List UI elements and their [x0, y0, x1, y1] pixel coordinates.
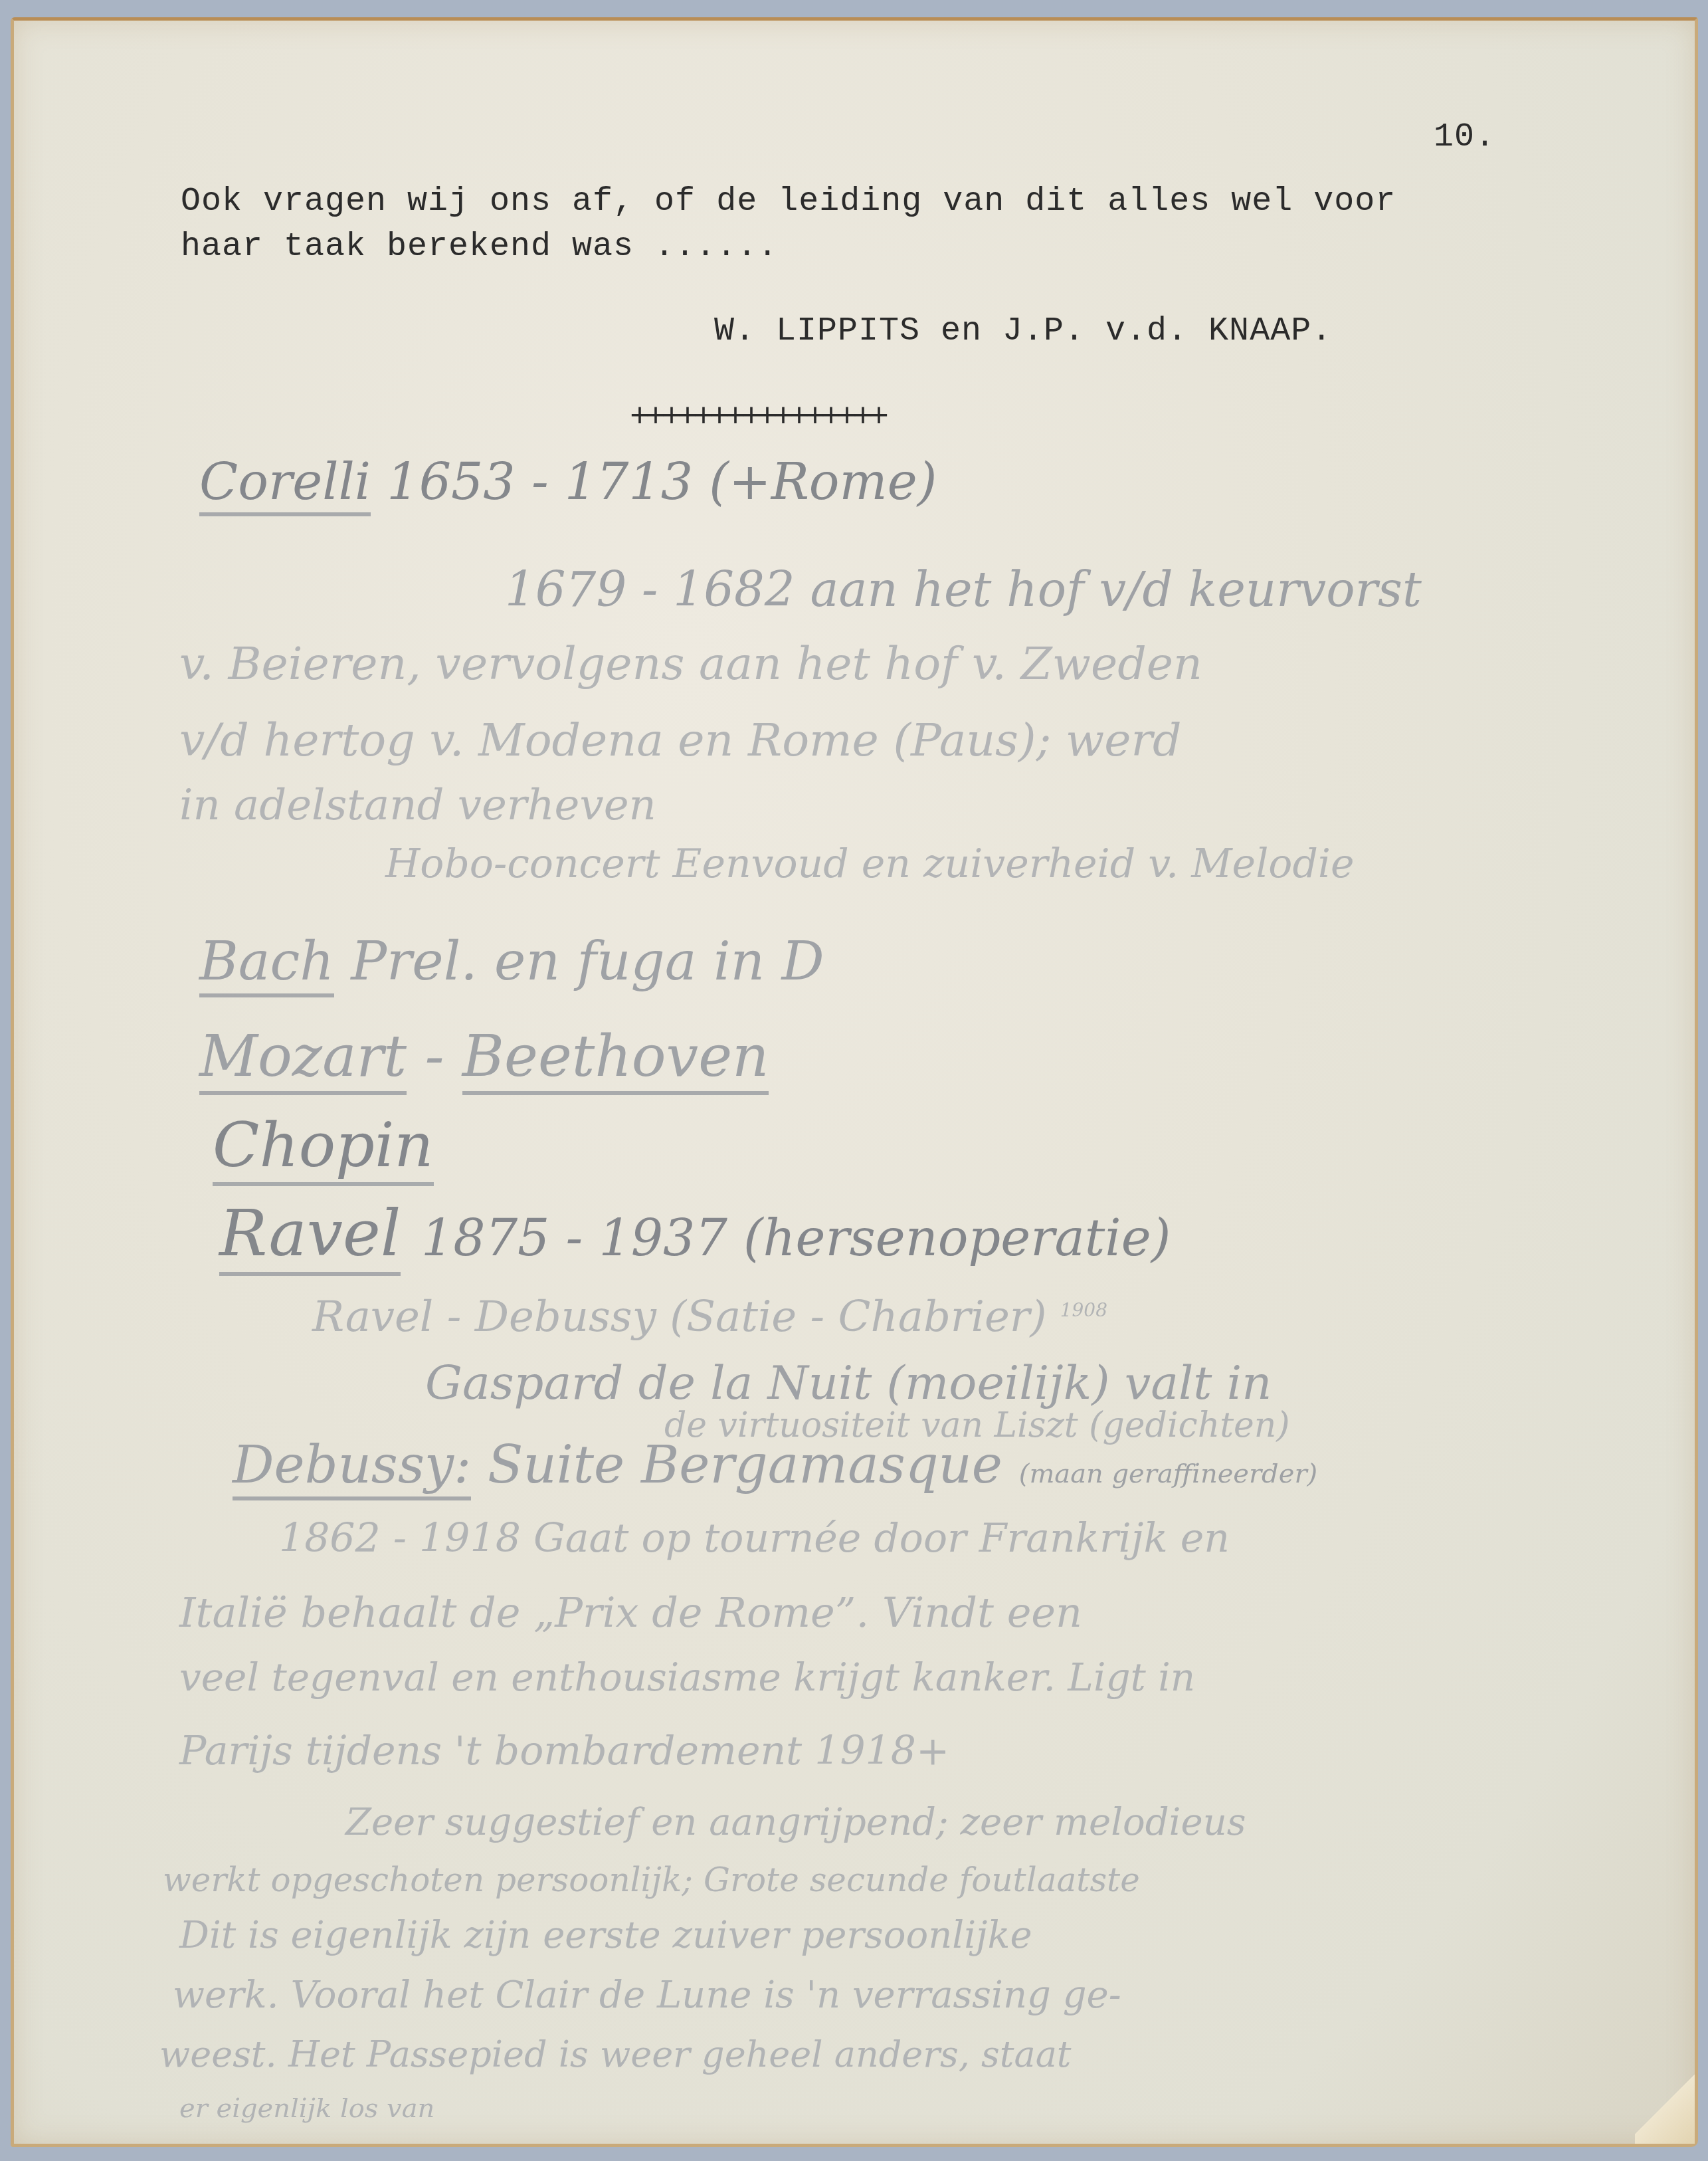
- note-ravel-dates: 1875 - 1937 (hersenoperatie): [421, 1208, 1171, 1267]
- note-ravel-debussy: Ravel - Debussy (Satie - Chabrier): [312, 1292, 1046, 1342]
- note-line: werk. Vooral het Clair de Lune is 'n ver…: [173, 1974, 1121, 2017]
- note-bach: Bach Prel. en fuga in D: [199, 930, 824, 992]
- note-chopin: Chopin: [213, 1110, 434, 1181]
- note-heading-ravel: Ravel: [219, 1196, 401, 1276]
- note-line: 1862 - 1918 Gaat op tournée door Frankri…: [279, 1515, 1230, 1562]
- note-corelli-dates: 1653 - 1713 (+Rome): [387, 452, 937, 511]
- note-line: v/d hertog v. Modena en Rome (Paus); wer…: [179, 714, 1181, 767]
- note-heading-beethoven: Beethoven: [462, 1023, 769, 1095]
- note-line: Italië behaalt de „Prix de Rome”. Vindt …: [179, 1588, 1082, 1637]
- note-heading-bach: Bach: [199, 930, 334, 997]
- note-dash: -: [425, 1023, 444, 1090]
- note-line: in adelstand verheven: [179, 781, 656, 830]
- typed-signature: W. LIPPITS en J.P. v.d. KNAAP.: [714, 312, 1332, 350]
- note-line: Dit is eigenlijk zijn eerste zuiver pers…: [179, 1914, 1032, 1957]
- note-line: Hobo-concert Eenvoud en zuiverheid v. Me…: [385, 841, 1355, 887]
- note-ravel: Ravel 1875 - 1937 (hersenoperatie): [219, 1196, 1171, 1271]
- typed-text-line-2: haar taak berekend was ......: [181, 228, 778, 266]
- typed-text-line-1: Ook vragen wij ons af, of de leiding van…: [181, 183, 1396, 221]
- page-number: 10.: [1434, 118, 1495, 156]
- note-superscript-year: 1908: [1060, 1299, 1107, 1321]
- note-line: Parijs tijdens 't bombardement 1918+: [179, 1728, 949, 1774]
- note-mozart-beethoven: Mozart - Beethoven: [199, 1023, 769, 1090]
- note-bach-text: Prel. en fuga in D: [351, 930, 824, 992]
- folded-corner: [1635, 2064, 1695, 2144]
- typed-divider: ++++++++++++++++: [630, 399, 885, 437]
- note-heading-chopin: Chopin: [213, 1110, 434, 1186]
- note-line: Ravel - Debussy (Satie - Chabrier) 1908: [312, 1292, 1107, 1342]
- note-line: veel tegenval en enthousiasme krijgt kan…: [179, 1655, 1195, 1700]
- note-heading-debussy: Debussy:: [233, 1435, 471, 1500]
- note-corelli: Corelli 1653 - 1713 (+Rome): [199, 452, 937, 511]
- note-debussy-suite: Suite Bergamasque: [488, 1435, 1002, 1495]
- note-heading-corelli: Corelli: [199, 452, 371, 516]
- note-line: v. Beieren, vervolgens aan het hof v. Zw…: [179, 638, 1202, 690]
- note-line: 1679 - 1682 aan het hof v/d keurvorst: [505, 562, 1422, 617]
- note-line: Gaspard de la Nuit (moeilijk) valt in: [425, 1356, 1272, 1410]
- note-debussy: Debussy: Suite Bergamasque (maan geraffi…: [233, 1435, 1317, 1495]
- note-line: Zeer suggestief en aangrijpend; zeer mel…: [345, 1801, 1246, 1844]
- note-debussy-annotation: (maan geraffineerder): [1019, 1459, 1317, 1489]
- note-line: er eigenlijk los van: [179, 2093, 434, 2124]
- note-line: werkt opgeschoten persoonlijk; Grote sec…: [163, 1861, 1140, 1899]
- note-heading-mozart: Mozart: [199, 1023, 407, 1095]
- note-line: weest. Het Passepied is weer geheel ande…: [159, 2033, 1072, 2075]
